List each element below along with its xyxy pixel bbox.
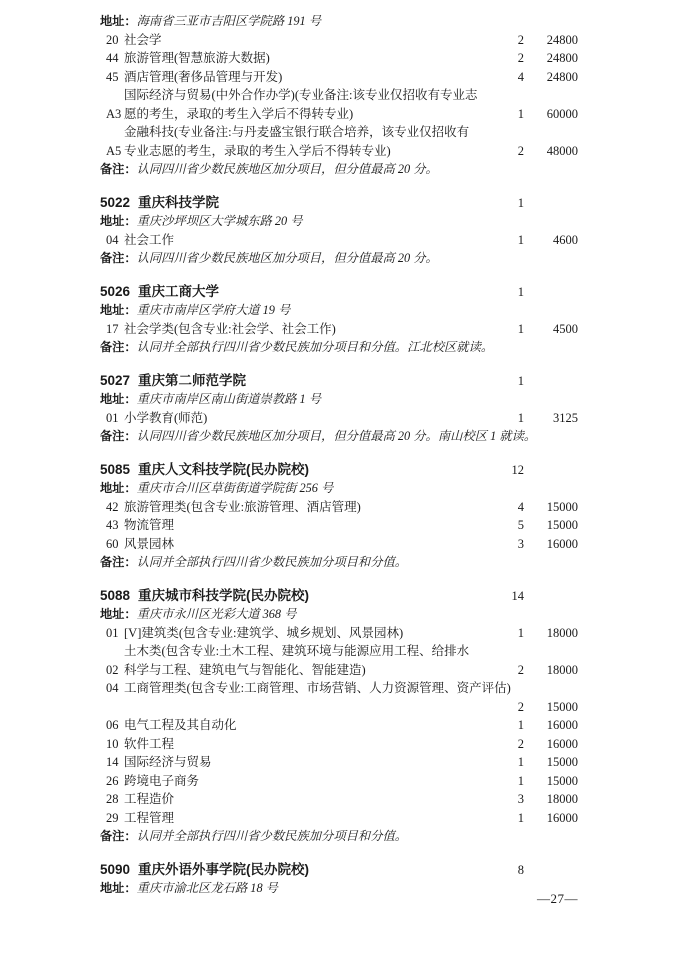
- remark-value: 认同四川省少数民族地区加分项目，但分值最高 20 分。南山校区 1 就读。: [137, 427, 578, 446]
- major-name: 工程管理: [124, 809, 480, 828]
- major-code: 43: [100, 516, 124, 535]
- address-label: 地址：: [100, 605, 137, 624]
- major-plan-count: 1: [480, 624, 524, 643]
- major-plan-count: 1: [480, 409, 524, 428]
- university-name: 重庆城市科技学院(民办院校): [130, 587, 480, 606]
- major-row: 01[V]建筑类(包含专业:建筑学、城乡规划、风景园林)118000: [100, 624, 578, 643]
- remark-row: 备注：认同并全部执行四川省少数民族加分项目和分值。江北校区就读。: [100, 338, 578, 357]
- university-plan-total: 1: [480, 283, 524, 302]
- university-plan-total: 14: [480, 587, 524, 606]
- major-tuition-fee: 60000: [524, 105, 578, 124]
- major-code: 28: [100, 790, 124, 809]
- major-name: 旅游管理(智慧旅游大数据): [124, 49, 480, 68]
- major-tuition-fee: 24800: [524, 31, 578, 50]
- major-row: 44旅游管理(智慧旅游大数据)224800: [100, 49, 578, 68]
- major-row: 28工程造价318000: [100, 790, 578, 809]
- major-row: A5金融科技(专业备注:与丹麦盛宝银行联合培养，该专业仅招收有专业志愿的考生，录…: [100, 123, 578, 160]
- major-name: 土木类(包含专业:土木工程、建筑环境与能源应用工程、给排水科学与工程、建筑电气与…: [124, 642, 480, 679]
- university-header: 5088重庆城市科技学院(民办院校)14: [100, 587, 578, 606]
- major-row: 45酒店管理(奢侈品管理与开发)424800: [100, 68, 578, 87]
- major-plan-count: 1: [480, 105, 524, 124]
- major-row: 17社会学类(包含专业:社会学、社会工作)14500: [100, 320, 578, 339]
- remark-value: 认同并全部执行四川省少数民族加分项目和分值。江北校区就读。: [137, 338, 578, 357]
- university-code: 5022: [100, 194, 130, 213]
- remark-row: 备注：认同并全部执行四川省少数民族加分项目和分值。: [100, 827, 578, 846]
- major-tuition-fee: 48000: [524, 142, 578, 161]
- address-row: 地址：重庆市渝北区龙石路 18 号: [100, 879, 578, 898]
- major-name: [V]建筑类(包含专业:建筑学、城乡规划、风景园林): [124, 624, 480, 643]
- major-plan-count: 4: [480, 68, 524, 87]
- major-plan-count: 1: [480, 809, 524, 828]
- remark-value: 认同并全部执行四川省少数民族加分项目和分值。: [137, 553, 578, 572]
- major-name: 小学教育(师范): [124, 409, 480, 428]
- major-row: 01小学教育(师范)13125: [100, 409, 578, 428]
- major-row: 04工商管理类(包含专业:工商管理、市场营销、人力资源管理、资产评估): [100, 679, 578, 698]
- major-tuition-fee: 16000: [524, 735, 578, 754]
- major-plan-count: 2: [480, 142, 524, 161]
- major-name: 国际经济与贸易(中外合作办学)(专业备注:该专业仅招收有专业志愿的考生，录取的考…: [124, 86, 480, 123]
- major-numbers-row: 215000: [100, 698, 578, 717]
- major-tuition-fee: 24800: [524, 68, 578, 87]
- major-tuition-fee: 18000: [524, 624, 578, 643]
- major-plan-count: 1: [480, 231, 524, 250]
- university-plan-total: 12: [480, 461, 524, 480]
- major-name: 社会学类(包含专业:社会学、社会工作): [124, 320, 480, 339]
- major-code: 06: [100, 716, 124, 735]
- address-value: 重庆市合川区草街街道学院街 256 号: [137, 479, 578, 498]
- university-section: 5085重庆人文科技学院(民办院校)12地址：重庆市合川区草街街道学院街 256…: [100, 461, 578, 572]
- address-label: 地址：: [100, 212, 137, 231]
- major-tuition-fee: 15000: [524, 698, 578, 717]
- major-row: 60风景园林316000: [100, 535, 578, 554]
- major-code: 29: [100, 809, 124, 828]
- page-number: —27—: [537, 891, 578, 907]
- major-tuition-fee: 15000: [524, 772, 578, 791]
- remark-value: 认同并全部执行四川省少数民族加分项目和分值。: [137, 827, 578, 846]
- document-content: 地址：海南省三亚市吉阳区学院路 191 号20社会学22480044旅游管理(智…: [100, 12, 578, 898]
- university-code: 5026: [100, 283, 130, 302]
- major-name: 工商管理类(包含专业:工商管理、市场营销、人力资源管理、资产评估): [124, 679, 578, 698]
- remark-row: 备注：认同四川省少数民族地区加分项目，但分值最高 20 分。南山校区 1 就读。: [100, 427, 578, 446]
- major-tuition-fee: 15000: [524, 516, 578, 535]
- university-plan-total: 8: [480, 861, 524, 880]
- university-name: 重庆第二师范学院: [130, 372, 480, 391]
- university-header: 5085重庆人文科技学院(民办院校)12: [100, 461, 578, 480]
- university-name: 重庆外语外事学院(民办院校): [130, 861, 480, 880]
- university-section: 5022重庆科技学院1地址：重庆沙坪坝区大学城东路 20 号04社会工作1460…: [100, 194, 578, 268]
- major-name: 国际经济与贸易: [124, 753, 480, 772]
- address-value: 海南省三亚市吉阳区学院路 191 号: [137, 12, 578, 31]
- major-name: 跨境电子商务: [124, 772, 480, 791]
- major-tuition-fee: 16000: [524, 809, 578, 828]
- major-plan-count: 2: [480, 661, 524, 680]
- major-code: 14: [100, 753, 124, 772]
- university-section: 地址：海南省三亚市吉阳区学院路 191 号20社会学22480044旅游管理(智…: [100, 12, 578, 179]
- address-row: 地址：海南省三亚市吉阳区学院路 191 号: [100, 12, 578, 31]
- major-name: 软件工程: [124, 735, 480, 754]
- major-tuition-fee: 4500: [524, 320, 578, 339]
- major-code: 42: [100, 498, 124, 517]
- major-tuition-fee: 15000: [524, 753, 578, 772]
- address-label: 地址：: [100, 879, 137, 898]
- university-header: 5090重庆外语外事学院(民办院校)8: [100, 861, 578, 880]
- university-header: 5026重庆工商大学1: [100, 283, 578, 302]
- major-tuition-fee: 4600: [524, 231, 578, 250]
- remark-label: 备注：: [100, 553, 137, 572]
- major-code: A5: [100, 142, 124, 161]
- major-row: A3国际经济与贸易(中外合作办学)(专业备注:该专业仅招收有专业志愿的考生，录取…: [100, 86, 578, 123]
- major-plan-count: 2: [480, 698, 524, 717]
- major-tuition-fee: 3125: [524, 409, 578, 428]
- address-row: 地址：重庆市南岸区南山街道崇教路 1 号: [100, 390, 578, 409]
- address-value: 重庆市渝北区龙石路 18 号: [137, 879, 578, 898]
- address-row: 地址：重庆市南岸区学府大道 19 号: [100, 301, 578, 320]
- major-plan-count: 2: [480, 31, 524, 50]
- major-name: 金融科技(专业备注:与丹麦盛宝银行联合培养，该专业仅招收有专业志愿的考生，录取的…: [124, 123, 480, 160]
- remark-row: 备注：认同四川省少数民族地区加分项目，但分值最高 20 分。: [100, 249, 578, 268]
- major-plan-count: 1: [480, 772, 524, 791]
- address-label: 地址：: [100, 301, 137, 320]
- major-code: A3: [100, 105, 124, 124]
- major-code: 60: [100, 535, 124, 554]
- address-label: 地址：: [100, 12, 137, 31]
- remark-label: 备注：: [100, 160, 137, 179]
- major-code: 04: [100, 679, 124, 698]
- major-tuition-fee: 16000: [524, 535, 578, 554]
- university-code: 5027: [100, 372, 130, 391]
- major-code: 44: [100, 49, 124, 68]
- major-row: 02土木类(包含专业:土木工程、建筑环境与能源应用工程、给排水科学与工程、建筑电…: [100, 642, 578, 679]
- address-row: 地址：重庆市合川区草街街道学院街 256 号: [100, 479, 578, 498]
- major-code: 17: [100, 320, 124, 339]
- major-code: 04: [100, 231, 124, 250]
- major-tuition-fee: 18000: [524, 790, 578, 809]
- major-code: 01: [100, 624, 124, 643]
- remark-label: 备注：: [100, 338, 137, 357]
- university-code: 5090: [100, 861, 130, 880]
- major-plan-count: 3: [480, 790, 524, 809]
- address-row: 地址：重庆沙坪坝区大学城东路 20 号: [100, 212, 578, 231]
- major-tuition-fee: 18000: [524, 661, 578, 680]
- major-row: 20社会学224800: [100, 31, 578, 50]
- university-section: 5088重庆城市科技学院(民办院校)14地址：重庆市永川区光彩大道 368 号0…: [100, 587, 578, 846]
- remark-label: 备注：: [100, 249, 137, 268]
- major-tuition-fee: 24800: [524, 49, 578, 68]
- major-plan-count: 1: [480, 753, 524, 772]
- address-value: 重庆市南岸区学府大道 19 号: [137, 301, 578, 320]
- major-row: 43物流管理515000: [100, 516, 578, 535]
- major-code: 26: [100, 772, 124, 791]
- major-code: 02: [100, 661, 124, 680]
- university-header: 5022重庆科技学院1: [100, 194, 578, 213]
- address-label: 地址：: [100, 479, 137, 498]
- major-name: 社会工作: [124, 231, 480, 250]
- major-plan-count: 1: [480, 716, 524, 735]
- major-code: 01: [100, 409, 124, 428]
- major-plan-count: 1: [480, 320, 524, 339]
- remark-value: 认同四川省少数民族地区加分项目，但分值最高 20 分。: [137, 160, 578, 179]
- major-row: 14国际经济与贸易115000: [100, 753, 578, 772]
- major-code: 45: [100, 68, 124, 87]
- university-code: 5085: [100, 461, 130, 480]
- major-name: 电气工程及其自动化: [124, 716, 480, 735]
- university-name: 重庆人文科技学院(民办院校): [130, 461, 480, 480]
- address-value: 重庆市永川区光彩大道 368 号: [137, 605, 578, 624]
- major-name: 社会学: [124, 31, 480, 50]
- university-plan-total: 1: [480, 372, 524, 391]
- major-row: 42旅游管理类(包含专业:旅游管理、酒店管理)415000: [100, 498, 578, 517]
- remark-value: 认同四川省少数民族地区加分项目，但分值最高 20 分。: [137, 249, 578, 268]
- major-code: 20: [100, 31, 124, 50]
- major-row: 06电气工程及其自动化116000: [100, 716, 578, 735]
- university-header: 5027重庆第二师范学院1: [100, 372, 578, 391]
- major-name: 旅游管理类(包含专业:旅游管理、酒店管理): [124, 498, 480, 517]
- major-row: 10软件工程216000: [100, 735, 578, 754]
- major-row: 29工程管理116000: [100, 809, 578, 828]
- university-section: 5090重庆外语外事学院(民办院校)8地址：重庆市渝北区龙石路 18 号: [100, 861, 578, 898]
- major-code: 10: [100, 735, 124, 754]
- university-section: 5026重庆工商大学1地址：重庆市南岸区学府大道 19 号17社会学类(包含专业…: [100, 283, 578, 357]
- remark-label: 备注：: [100, 827, 137, 846]
- university-section: 5027重庆第二师范学院1地址：重庆市南岸区南山街道崇教路 1 号01小学教育(…: [100, 372, 578, 446]
- major-name: 风景园林: [124, 535, 480, 554]
- remark-label: 备注：: [100, 427, 137, 446]
- university-name: 重庆科技学院: [130, 194, 480, 213]
- address-label: 地址：: [100, 390, 137, 409]
- major-plan-count: 2: [480, 735, 524, 754]
- major-plan-count: 4: [480, 498, 524, 517]
- major-plan-count: 5: [480, 516, 524, 535]
- university-code: 5088: [100, 587, 130, 606]
- major-plan-count: 3: [480, 535, 524, 554]
- major-tuition-fee: 16000: [524, 716, 578, 735]
- major-name: 物流管理: [124, 516, 480, 535]
- document-page: 地址：海南省三亚市吉阳区学院路 191 号20社会学22480044旅游管理(智…: [0, 0, 680, 961]
- address-value: 重庆市南岸区南山街道崇教路 1 号: [137, 390, 578, 409]
- address-row: 地址：重庆市永川区光彩大道 368 号: [100, 605, 578, 624]
- major-name: 酒店管理(奢侈品管理与开发): [124, 68, 480, 87]
- remark-row: 备注：认同四川省少数民族地区加分项目，但分值最高 20 分。: [100, 160, 578, 179]
- university-plan-total: 1: [480, 194, 524, 213]
- university-name: 重庆工商大学: [130, 283, 480, 302]
- major-row: 04社会工作14600: [100, 231, 578, 250]
- major-plan-count: 2: [480, 49, 524, 68]
- major-tuition-fee: 15000: [524, 498, 578, 517]
- major-row: 26跨境电子商务115000: [100, 772, 578, 791]
- address-value: 重庆沙坪坝区大学城东路 20 号: [137, 212, 578, 231]
- major-name: 工程造价: [124, 790, 480, 809]
- remark-row: 备注：认同并全部执行四川省少数民族加分项目和分值。: [100, 553, 578, 572]
